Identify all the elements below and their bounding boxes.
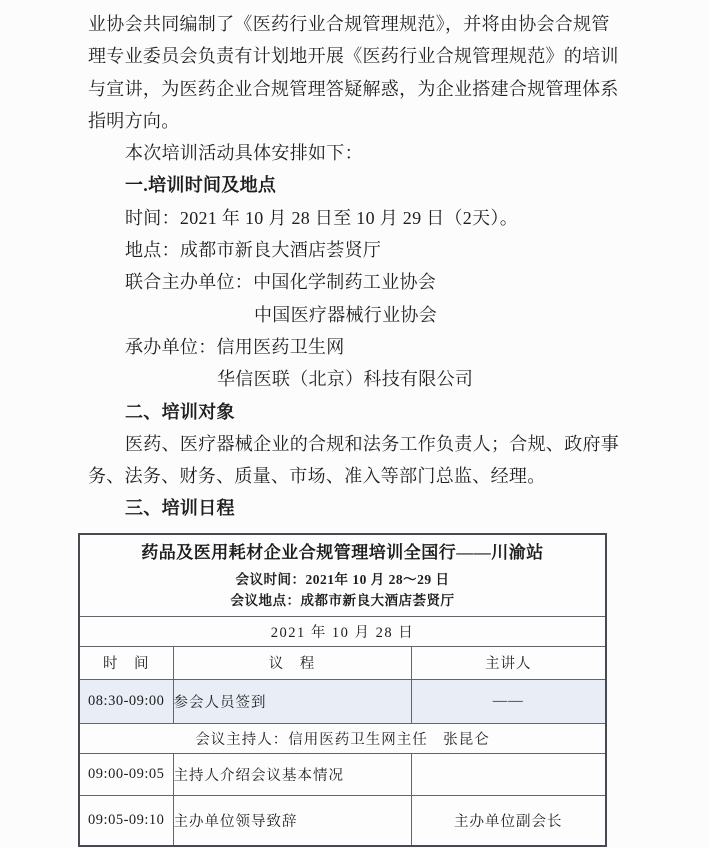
column-header-agenda: 议 程 bbox=[173, 646, 411, 679]
paragraph-line: 医药、医疗器械企业的合规和法务工作负责人；合规、政府事 bbox=[88, 428, 633, 460]
date-header: 2021 年 10 月 28 日 bbox=[79, 616, 606, 646]
meeting-time-label: 会议时间：2021年 10 月 28～29 日 bbox=[80, 569, 605, 590]
section-heading-1: 一.培训时间及地点 bbox=[88, 169, 633, 201]
intro-line: 本次培训活动具体安排如下： bbox=[88, 137, 633, 169]
organizer-line: 承办单位：信用医药卫生网 bbox=[88, 331, 633, 363]
table-row: 09:05-09:10 主办单位领导致辞 主办单位副会长 bbox=[79, 795, 606, 846]
row-time: 09:00-09:05 bbox=[79, 753, 173, 795]
row-time: 09:05-09:10 bbox=[79, 795, 173, 846]
paragraph-line: 业协会共同编制了《医药行业合规管理规范》，并将由协会合规管 bbox=[88, 8, 633, 40]
row-speaker: 主办单位副会长 bbox=[411, 795, 606, 846]
date-row: 2021 年 10 月 28 日 bbox=[79, 616, 606, 646]
column-header-speaker: 主讲人 bbox=[411, 646, 606, 679]
co-organizer-line-2: 中国医疗器械行业协会 bbox=[88, 299, 633, 331]
row-speaker: —— bbox=[411, 679, 606, 723]
section-heading-3: 三、培训日程 bbox=[88, 492, 633, 524]
row-agenda: 参会人员签到 bbox=[173, 679, 411, 723]
column-header-time: 时 间 bbox=[79, 646, 173, 679]
schedule-table: 药品及医用耗材企业合规管理培训全国行——川渝站 会议时间：2021年 10 月 … bbox=[78, 533, 607, 847]
table-row: 09:00-09:05 主持人介绍会议基本情况 bbox=[79, 753, 606, 795]
moderator-row: 会议主持人：信用医药卫生网主任 张昆仑 bbox=[79, 723, 606, 753]
time-line: 时间：2021 年 10 月 28 日至 10 月 29 日（2天）。 bbox=[88, 202, 633, 234]
table-title-cell: 药品及医用耗材企业合规管理培训全国行——川渝站 会议时间：2021年 10 月 … bbox=[79, 534, 606, 616]
row-agenda: 主办单位领导致辞 bbox=[173, 795, 411, 846]
table-title-row: 药品及医用耗材企业合规管理培训全国行——川渝站 会议时间：2021年 10 月 … bbox=[79, 534, 606, 616]
location-line: 地点：成都市新良大酒店荟贤厅 bbox=[88, 234, 633, 266]
document-page: 业协会共同编制了《医药行业合规管理规范》，并将由协会合规管 理专业委员会负责有计… bbox=[0, 0, 710, 848]
section-heading-2: 二、培训对象 bbox=[88, 396, 633, 428]
row-speaker bbox=[411, 753, 606, 795]
table-title: 药品及医用耗材企业合规管理培训全国行——川渝站 bbox=[80, 540, 605, 566]
co-organizer-line: 联合主办单位：中国化学制药工业协会 bbox=[88, 266, 633, 298]
meeting-location-label: 会议地点：成都市新良大酒店荟贤厅 bbox=[80, 590, 605, 611]
column-header-row: 时 间 议 程 主讲人 bbox=[79, 646, 606, 679]
document-body: 业协会共同编制了《医药行业合规管理规范》，并将由协会合规管 理专业委员会负责有计… bbox=[88, 8, 633, 525]
paragraph-line: 理专业委员会负责有计划地开展《医药行业合规管理规范》的培训 bbox=[88, 40, 633, 72]
paragraph-line: 与宣讲，为医药企业合规管理答疑解惑，为企业搭建合规管理体系 bbox=[88, 73, 633, 105]
moderator-label: 会议主持人：信用医药卫生网主任 张昆仑 bbox=[79, 723, 606, 753]
organizer-line-2: 华信医联（北京）科技有限公司 bbox=[88, 363, 633, 395]
paragraph-line: 务、法务、财务、质量、市场、准入等部门总监、经理。 bbox=[88, 460, 633, 492]
row-agenda: 主持人介绍会议基本情况 bbox=[173, 753, 411, 795]
row-time: 08:30-09:00 bbox=[79, 679, 173, 723]
table-row: 08:30-09:00 参会人员签到 —— bbox=[79, 679, 606, 723]
paragraph-line: 指明方向。 bbox=[88, 105, 633, 137]
